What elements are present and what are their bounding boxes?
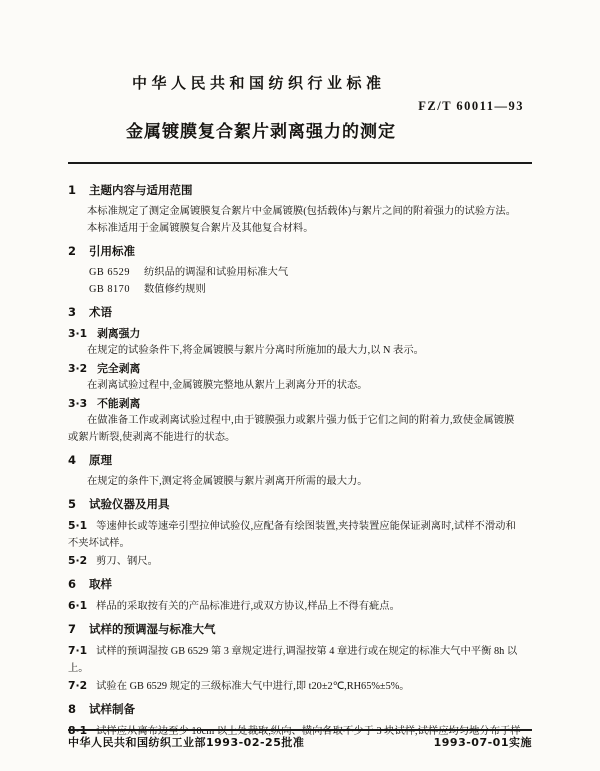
paragraph-line: 在规定的试验条件下,将金属镀膜与絮片分离时所施加的最大力,以 N 表示。 [68, 342, 532, 359]
section-heading: 7试样的预调湿与标准大气 [68, 621, 532, 638]
clause-number: 8 [68, 702, 76, 716]
clause-title: 取样 [89, 577, 112, 591]
clause-line: 6·1样品的采取按有关的产品标准进行,或双方协议,样品上不得有疵点。 [68, 597, 532, 615]
clause: 7·1试样的预调湿按 GB 6529 第 3 章规定进行,调湿按第 4 章进行或… [68, 642, 532, 677]
reference-title: 纺织品的调湿和试验用标准大气 [144, 267, 288, 278]
clause-number: 5 [68, 497, 76, 511]
paragraph: 在做准备工作或剥离试验过程中,由于镀膜强力或絮片强力低于它们之间的附着力,致使金… [68, 412, 532, 446]
paragraph-line: 在做准备工作或剥离试验过程中,由于镀膜强力或絮片强力低于它们之间的附着力,致使金… [68, 412, 532, 429]
clause-number: 3 [68, 305, 76, 319]
clause-title: 原理 [89, 453, 112, 467]
clause: 5·1等速伸长或等速牵引型拉伸试验仪,应配备有绘图装置,夹持装置应能保证剥离时,… [68, 517, 532, 552]
reference-code: GB 8170 [89, 284, 130, 295]
clause-title: 不能剥离 [97, 397, 140, 410]
clause-number: 3·2 [68, 362, 87, 375]
section-heading: 3术语 [68, 304, 532, 321]
document-page: 中华人民共和国纺织行业标准 FZ/T 60011—93 金属镀膜复合絮片剥离强力… [0, 0, 600, 771]
clause-title: 试样制备 [89, 702, 135, 716]
clause-line: 5·1等速伸长或等速牵引型拉伸试验仪,应配备有绘图装置,夹持装置应能保证剥离时,… [68, 517, 532, 535]
paragraph-line: 本标准规定了测定金属镀膜复合絮片中金属镀膜(包括载体)与絮片之间的附着强力的试验… [68, 203, 532, 220]
footer-approval: 中华人民共和国纺织工业部1993-02-25批准 [68, 734, 304, 750]
clause-title: 术语 [89, 305, 112, 319]
reference-code: GB 6529 [89, 267, 130, 278]
clause-title: 剥离强力 [97, 327, 140, 340]
clause-line: 5·2剪刀、钢尺。 [68, 552, 532, 570]
document-title: 金属镀膜复合絮片剥离强力的测定 [126, 117, 396, 142]
clause-line: 上。 [68, 660, 532, 677]
section-heading: 2引用标准 [68, 243, 532, 260]
footer-implementation: 1993-07-01实施 [434, 734, 532, 750]
section-heading: 5试验仪器及用具 [68, 496, 532, 513]
section-heading: 8试样制备 [68, 701, 532, 718]
section-heading: 6取样 [68, 576, 532, 593]
clause-title: 试验仪器及用具 [89, 497, 170, 511]
term-heading: 3·2完全剥离 [68, 360, 532, 377]
clause: 5·2剪刀、钢尺。 [68, 552, 532, 570]
header-rule [68, 162, 532, 164]
document-body: 1主题内容与适用范围本标准规定了测定金属镀膜复合絮片中金属镀膜(包括载体)与絮片… [68, 176, 532, 740]
clause-number: 5·1 [68, 519, 87, 532]
clause-number: 2 [68, 244, 76, 258]
clause-number: 1 [68, 183, 76, 197]
clause: 7·2试验在 GB 6529 规定的三级标准大气中进行,即 t20±2℃,RH6… [68, 677, 532, 695]
reference-title: 数值修约规则 [144, 284, 206, 295]
clause-number: 6 [68, 577, 76, 591]
clause-number: 6·1 [68, 599, 87, 612]
clause-title: 主题内容与适用范围 [89, 183, 193, 197]
clause-number: 3·3 [68, 397, 87, 410]
section-heading: 1主题内容与适用范围 [68, 182, 532, 199]
paragraph-line: 本标准适用于金属镀膜复合絮片及其他复合材料。 [68, 220, 532, 237]
standard-org-line: 中华人民共和国纺织行业标准 [132, 72, 386, 93]
paragraph-line: 在规定的条件下,测定将金属镀膜与絮片剥离开所需的最大力。 [68, 473, 532, 490]
footer-rule [68, 729, 532, 731]
footer: 中华人民共和国纺织工业部1993-02-25批准 1993-07-01实施 [68, 734, 532, 750]
paragraph: 本标准适用于金属镀膜复合絮片及其他复合材料。 [68, 220, 532, 237]
paragraph-line: 在剥离试验过程中,金属镀膜完整地从絮片上剥离分开的状态。 [68, 377, 532, 394]
paragraph: 本标准规定了测定金属镀膜复合絮片中金属镀膜(包括载体)与絮片之间的附着强力的试验… [68, 203, 532, 220]
clause-line: 不夹坏试样。 [68, 535, 532, 552]
section-heading: 4原理 [68, 452, 532, 469]
clause-title: 完全剥离 [97, 362, 140, 375]
clause-line: 7·1试样的预调湿按 GB 6529 第 3 章规定进行,调湿按第 4 章进行或… [68, 642, 532, 660]
paragraph-line: 或絮片断裂,使剥离不能进行的状态。 [68, 429, 532, 446]
clause-number: 5·2 [68, 554, 87, 567]
clause-line: 7·2试验在 GB 6529 规定的三级标准大气中进行,即 t20±2℃,RH6… [68, 677, 532, 695]
clause-title: 引用标准 [89, 244, 135, 258]
clause-number: 7 [68, 622, 76, 636]
clause-number: 4 [68, 453, 76, 467]
clause: 6·1样品的采取按有关的产品标准进行,或双方协议,样品上不得有疵点。 [68, 597, 532, 615]
paragraph: 在剥离试验过程中,金属镀膜完整地从絮片上剥离分开的状态。 [68, 377, 532, 394]
reference-item: GB 8170数值修约规则 [68, 281, 532, 298]
standard-number: FZ/T 60011—93 [418, 99, 524, 114]
clause-number: 3·1 [68, 327, 87, 340]
paragraph: 在规定的试验条件下,将金属镀膜与絮片分离时所施加的最大力,以 N 表示。 [68, 342, 532, 359]
paragraph: 在规定的条件下,测定将金属镀膜与絮片剥离开所需的最大力。 [68, 473, 532, 490]
term-heading: 3·1剥离强力 [68, 325, 532, 342]
reference-item: GB 6529纺织品的调湿和试验用标准大气 [68, 264, 532, 281]
clause-number: 7·2 [68, 679, 87, 692]
term-heading: 3·3不能剥离 [68, 395, 532, 412]
clause-number: 7·1 [68, 644, 87, 657]
clause-title: 试样的预调湿与标准大气 [89, 622, 216, 636]
